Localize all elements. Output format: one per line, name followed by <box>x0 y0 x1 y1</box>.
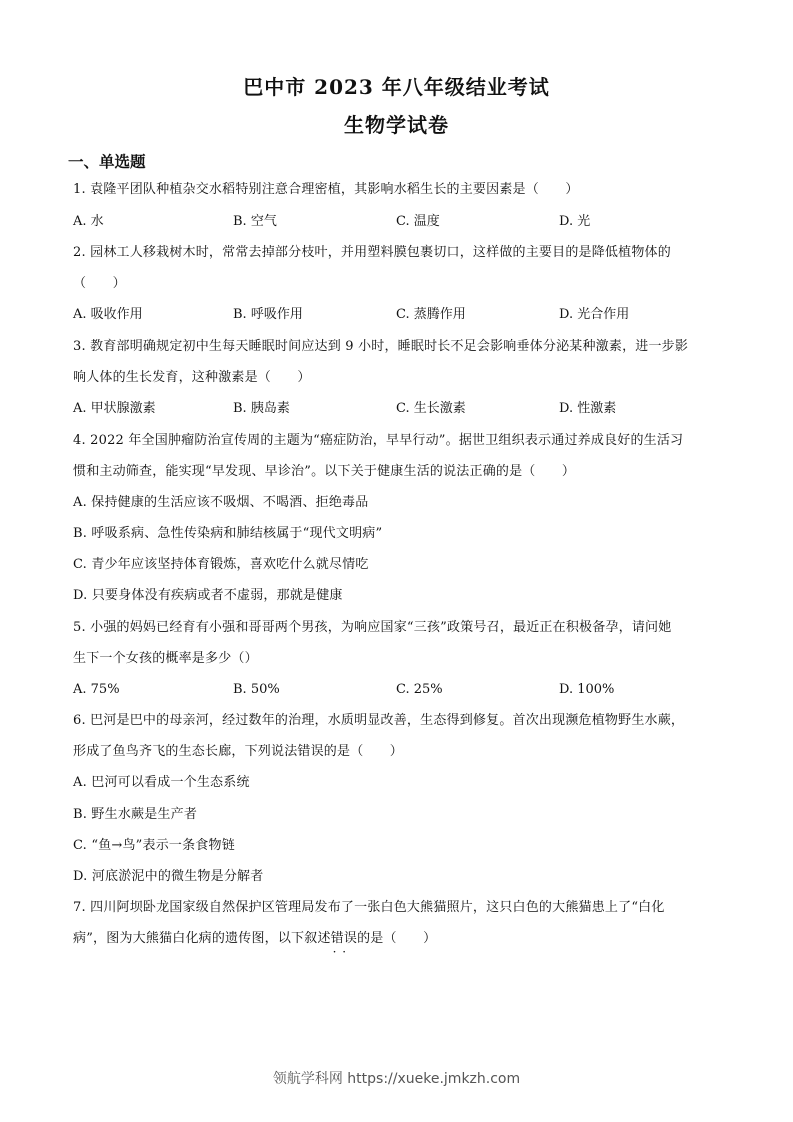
option-a: A. 75% <box>73 681 120 699</box>
question-7-stem-cont: 病”，图为大熊猫白化病的遗传图，以下叙述错误的是（ ） <box>73 930 436 948</box>
question-3-stem-cont: 响人体的生长发育，这种激素是（ ） <box>73 369 311 387</box>
option-c: C. 温度 <box>396 213 440 231</box>
question-6-option-c: C. “鱼→鸟”表示一条食物链 <box>73 837 235 855</box>
exam-title: 巴中市 2023 年八年级结业考试 <box>0 71 793 100</box>
question-5-stem-cont: 生下一个女孩的概率是多少（） <box>73 650 258 668</box>
question-6-stem-cont: 形成了鱼鸟齐飞的生态长廊，下列说法错误的是（ ） <box>73 743 403 761</box>
question-7-stem: 7. 四川阿坝卧龙国家级自然保护区管理局发布了一张白色大熊猫照片，这只白色的大熊… <box>73 899 665 917</box>
option-a: A. 水 <box>73 213 104 231</box>
option-c: C. 生长激素 <box>396 400 466 418</box>
question-6-option-d: D. 河底淤泥中的微生物是分解者 <box>73 868 263 886</box>
question-3-stem: 3. 教育部明确规定初中生每天睡眠时间应达到 9 小时，睡眠时长不足会影响垂体分… <box>73 338 688 356</box>
question-4-option-a: A. 保持健康的生活应该不吸烟、不喝酒、拒绝毒品 <box>73 494 368 512</box>
exam-page: 巴中市 2023 年八年级结业考试 生物学试卷 一、单选题 1. 袁隆平团队种植… <box>0 0 793 1122</box>
option-d: D. 100% <box>559 681 614 699</box>
option-b: B. 50% <box>233 681 280 699</box>
question-4-option-c: C. 青少年应该坚持体育锻炼，喜欢吃什么就尽情吃 <box>73 556 369 574</box>
question-6-stem: 6. 巴河是巴中的母亲河，经过数年的治理，水质明显改善，生态得到修复。首次出现濒… <box>73 712 684 730</box>
option-b: B. 空气 <box>233 213 277 231</box>
question-6-option-a: A. 巴河可以看成一个生态系统 <box>73 774 250 792</box>
question-7-text: 病”，图为大熊猫白化病的遗传图，以下叙述 <box>73 931 331 946</box>
emphasized-text: 错误 <box>331 931 357 946</box>
option-a: A. 吸收作用 <box>73 306 143 324</box>
option-c: C. 25% <box>396 681 443 699</box>
option-d: D. 光 <box>559 213 590 231</box>
option-b: B. 胰岛素 <box>233 400 290 418</box>
question-4-stem: 4. 2022 年全国肿瘤防治宣传周的主题为“癌症防治，早早行动”。据世卫组织表… <box>73 432 683 450</box>
option-a: A. 甲状腺激素 <box>73 400 156 418</box>
question-2-options: A. 吸收作用 B. 呼吸作用 C. 蒸腾作用 D. 光合作用 <box>73 306 733 324</box>
option-d: D. 性激素 <box>559 400 616 418</box>
question-6-option-b: B. 野生水蕨是生产者 <box>73 806 197 824</box>
question-4-option-d: D. 只要身体没有疾病或者不虚弱，那就是健康 <box>73 587 343 605</box>
question-2-stem-cont: （ ） <box>73 275 126 293</box>
question-3-options: A. 甲状腺激素 B. 胰岛素 C. 生长激素 D. 性激素 <box>73 400 733 418</box>
question-4-option-b: B. 呼吸系病、急性传染病和肺结核属于“现代文明病” <box>73 525 382 543</box>
option-d: D. 光合作用 <box>559 306 629 324</box>
exam-subtitle: 生物学试卷 <box>0 109 793 138</box>
question-5-stem: 5. 小强的妈妈已经育有小强和哥哥两个男孩，为响应国家“三孩”政策号召，最近正在… <box>73 619 671 637</box>
option-c: C. 蒸腾作用 <box>396 306 466 324</box>
question-7-tail: 的是（ ） <box>357 931 436 946</box>
question-1-stem: 1. 袁隆平团队种植杂交水稻特别注意合理密植，其影响水稻生长的主要因素是（ ） <box>73 181 579 199</box>
option-b: B. 呼吸作用 <box>233 306 303 324</box>
question-5-options: A. 75% B. 50% C. 25% D. 100% <box>73 681 733 699</box>
question-4-stem-cont: 惯和主动筛查，能实现“早发现、早诊治”。以下关于健康生活的说法正确的是（ ） <box>73 463 575 481</box>
question-2-stem: 2. 园林工人移栽树木时，常常去掉部分枝叶，并用塑料膜包裹切口，这样做的主要目的… <box>73 244 671 262</box>
footer-watermark: 领航学科网 https://xueke.jmkzh.com <box>0 1068 793 1088</box>
section-heading: 一、单选题 <box>68 150 146 172</box>
question-1-options: A. 水 B. 空气 C. 温度 D. 光 <box>73 213 733 231</box>
